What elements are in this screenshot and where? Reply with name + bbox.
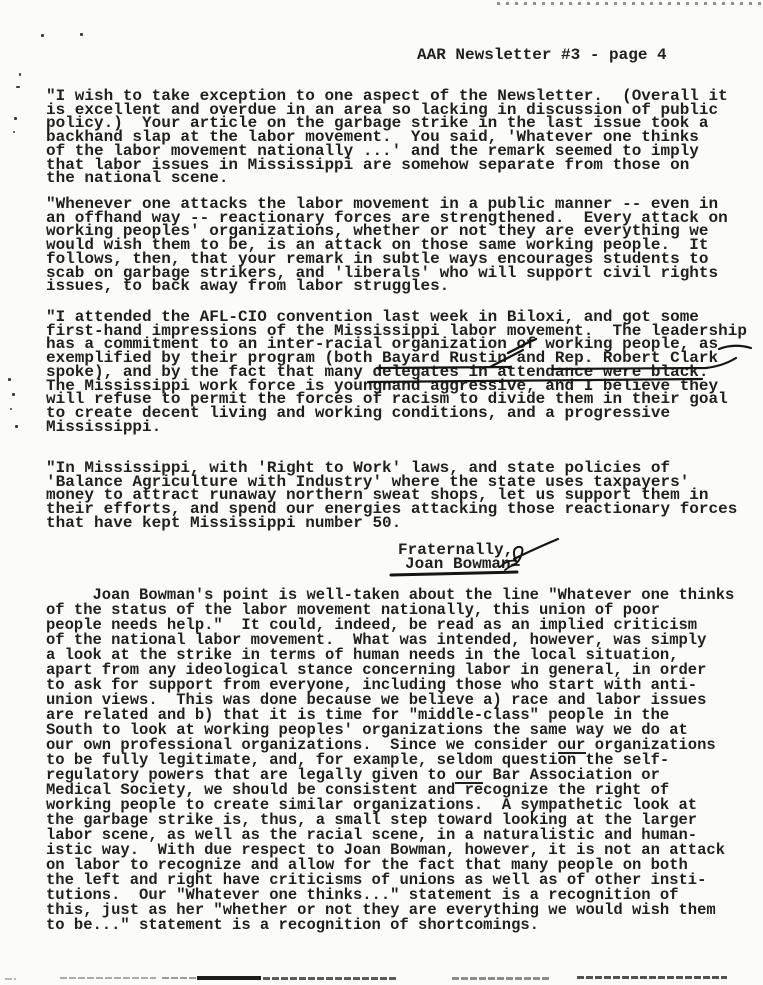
scan-speck — [10, 408, 12, 410]
letter-paragraph-1: "I wish to take exception to one aspect … — [46, 90, 728, 186]
typed-underline-our-2 — [455, 782, 483, 784]
page-header: AAR Newsletter #3 - page 4 — [417, 49, 667, 63]
typed-underline-our-1 — [558, 752, 586, 754]
pen-signature-initial — [512, 547, 522, 565]
scan-speck — [16, 86, 20, 88]
scan-speck — [13, 131, 15, 133]
top-dotted-scan-line — [497, 2, 763, 5]
scan-speck — [12, 393, 15, 396]
letter-paragraph-4: "In Mississippi, with 'Right to Work' la… — [46, 462, 737, 531]
scan-speck — [80, 33, 83, 36]
bottom-edge-artifact — [60, 977, 156, 979]
letter-paragraph-3: "I attended the AFL-CIO convention last … — [46, 311, 747, 434]
bottom-edge-artifact — [263, 977, 398, 980]
document-page: AAR Newsletter #3 - page 4 "I wish to ta… — [0, 0, 763, 985]
bottom-edge-artifact — [197, 976, 261, 980]
bottom-edge-artifact — [452, 977, 549, 980]
letter-paragraph-2: "Whenever one attacks the labor movement… — [46, 198, 728, 294]
scan-speck — [19, 73, 21, 76]
response-paragraph: Joan Bowman's point is well-taken about … — [46, 588, 734, 933]
scan-speck — [41, 34, 44, 37]
scan-speck — [8, 378, 11, 381]
bottom-edge-artifact — [577, 976, 727, 979]
scan-speck — [14, 117, 17, 120]
bottom-edge-artifact — [5, 978, 16, 980]
pen-signature-upstroke — [514, 539, 558, 559]
signature-name: Joan Bowman — [405, 558, 511, 572]
scan-speck — [15, 425, 18, 428]
bottom-edge-artifact — [162, 977, 196, 979]
